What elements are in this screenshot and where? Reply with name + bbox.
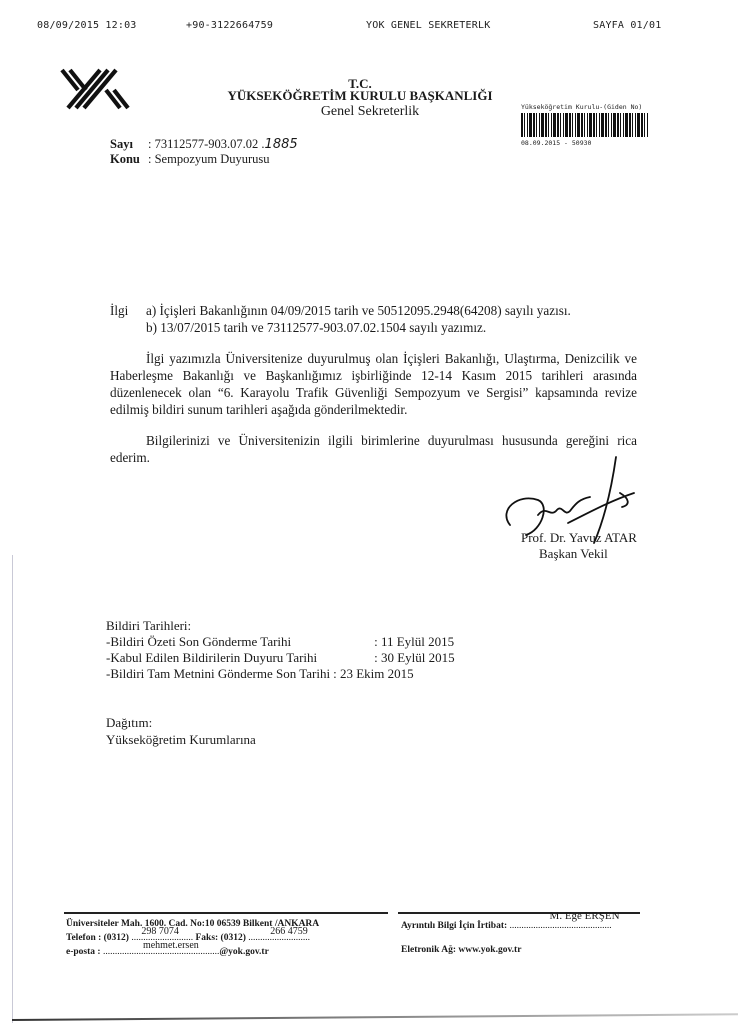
dates-heading: Bildiri Tarihleri: — [106, 618, 455, 634]
signer-name: Prof. Dr. Yavuz ATAR — [521, 530, 637, 546]
footer-web: Eletronik Ağ: www.yok.gov.tr — [401, 945, 521, 955]
fax-datetime: 08/09/2015 12:03 — [37, 20, 137, 31]
footer-fax-label: Faks: (0312) — [193, 933, 248, 943]
date-row: -Kabul Edilen Bildirilerin Duyuru Tarihi… — [106, 650, 455, 666]
barcode-stamp: Yükseköğretim Kurulu-(Giden No) 08.09.20… — [521, 103, 649, 147]
scan-edge-bottom — [12, 1013, 738, 1021]
date-row: -Bildiri Özeti Son Gönderme Tarihi : 11 … — [106, 634, 455, 650]
footer-phone-value: 298 7074 — [141, 926, 179, 937]
distribution: Dağıtım: Yükseköğretim Kurumlarına — [106, 714, 256, 748]
footer-phone-label: Telefon : (0312) — [66, 933, 131, 943]
sayi-line: Sayı: 73112577-903.07.02 .1885 — [110, 137, 298, 152]
letterhead-organization: YÜKSEKÖĞRETİM KURULU BAŞKANLIĞI — [220, 88, 500, 104]
footer-email-domain: @yok.gov.tr — [219, 947, 268, 957]
footer-contact-label: Ayrıntılı Bilgi İçin İrtibat: — [401, 921, 510, 931]
footer-email: e-posta : ..............................… — [66, 947, 269, 957]
scan-edge-left — [12, 555, 13, 1023]
date-value: : 11 Eylül 2015 — [330, 634, 455, 650]
footer-divider-left — [64, 912, 388, 914]
ilgi-b: b) 13/07/2015 tarih ve 73112577-903.07.0… — [146, 319, 486, 336]
yok-logo-icon — [60, 68, 130, 110]
konu-label: Konu — [110, 152, 148, 167]
barcode-number: 08.09.2015 - 50930 — [521, 139, 649, 147]
ilgi-a: a) İçişleri Bakanlığının 04/09/2015 tari… — [146, 302, 571, 319]
date-label: -Bildiri Özeti Son Gönderme Tarihi — [106, 634, 330, 650]
sayi-value: : 73112577-903.07.02 . — [148, 137, 265, 151]
date-value: : 30 Eylül 2015 — [330, 650, 455, 666]
fax-sender: YOK GENEL SEKRETERLK — [366, 20, 490, 31]
date-label: -Kabul Edilen Bildirilerin Duyuru Tarihi — [106, 650, 330, 666]
konu-line: Konu: Sempozyum Duyurusu — [110, 152, 270, 167]
sayi-handwritten: 1885 — [265, 137, 298, 152]
ilgi-label: İlgi — [110, 302, 128, 319]
date-label: -Bildiri Tam Metnini Gönderme Son Tarihi — [106, 666, 330, 682]
fax-page: SAYFA 01/01 — [593, 20, 661, 31]
date-row: -Bildiri Tam Metnini Gönderme Son Tarihi… — [106, 666, 455, 682]
letterhead-department: Genel Sekreterlik — [300, 104, 440, 120]
barcode-label: Yükseköğretim Kurulu-(Giden No) — [521, 103, 649, 111]
body-paragraph-1: İlgi yazımızla Üniversitenize duyurulmuş… — [110, 350, 637, 418]
distribution-recipient: Yükseköğretim Kurumlarına — [106, 731, 256, 748]
konu-value: : Sempozyum Duyurusu — [148, 152, 270, 166]
fax-phone: +90-3122664759 — [186, 20, 273, 31]
submission-dates: Bildiri Tarihleri: -Bildiri Özeti Son Gö… — [106, 618, 455, 682]
sayi-label: Sayı — [110, 137, 148, 152]
footer-contact-value: M. Ege ERŞEN — [550, 910, 620, 922]
signer-title: Başkan Vekil — [539, 546, 608, 562]
dates-table: -Bildiri Özeti Son Gönderme Tarihi : 11 … — [106, 634, 455, 682]
distribution-heading: Dağıtım: — [106, 714, 256, 731]
footer-email-label: e-posta : — [66, 947, 103, 957]
footer-contact: Ayrıntılı Bilgi İçin İrtibat: ..........… — [401, 921, 612, 931]
footer-fax-value: 266 4759 — [270, 926, 308, 937]
footer-email-value: mehmet.ersen — [143, 940, 199, 951]
date-value: : 23 Ekim 2015 — [330, 666, 455, 682]
barcode-bars — [521, 113, 649, 137]
